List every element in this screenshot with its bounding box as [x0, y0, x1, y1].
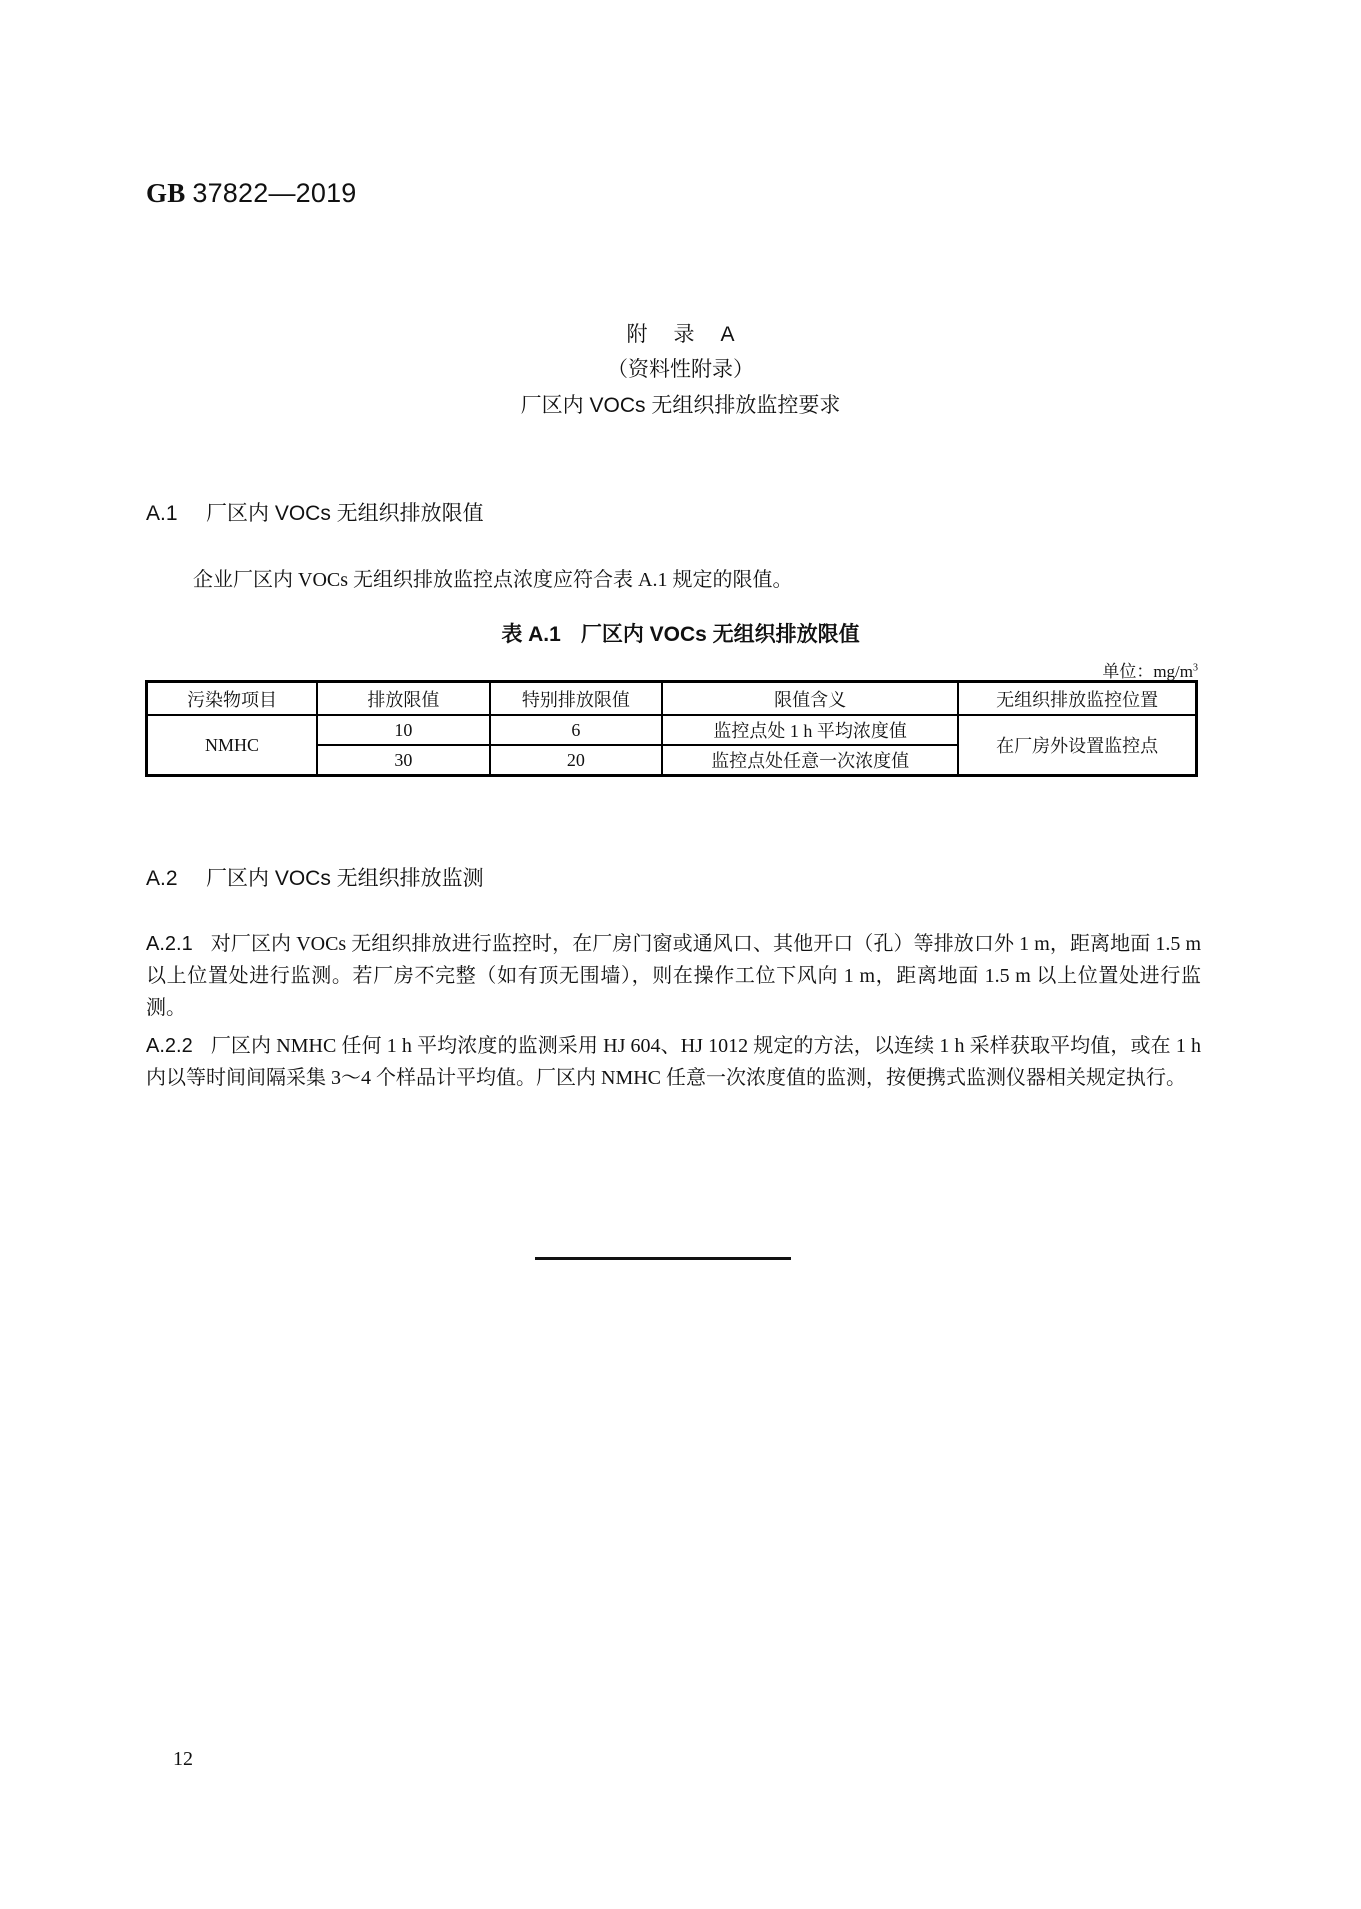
limits-table: 污染物项目 排放限值 特别排放限值 限值含义 无组织排放监控位置 NMHC 10…: [145, 680, 1198, 777]
clause-text: 厂区内 NMHC 任何 1 h 平均浓度的监测采用 HJ 604、HJ 1012…: [146, 1035, 1201, 1089]
clause-text: 对厂区内 VOCs 无组织排放进行监控时，在厂房门窗或通风口、其他开口（孔）等排…: [146, 933, 1201, 1019]
standard-code: 37822—2019: [192, 178, 356, 208]
section-title: 厂区内 VOCs 无组织排放监测: [206, 867, 484, 890]
header-pollutant: 污染物项目: [147, 682, 318, 716]
cell-meaning: 监控点处任意一次浓度值: [662, 745, 958, 776]
clause-a21: A.2.1对厂区内 VOCs 无组织排放进行监控时，在厂房门窗或通风口、其他开口…: [146, 928, 1201, 1024]
clause-a22: A.2.2厂区内 NMHC 任何 1 h 平均浓度的监测采用 HJ 604、HJ…: [146, 1030, 1201, 1094]
cell-meaning: 监控点处 1 h 平均浓度值: [662, 715, 958, 745]
annex-heading: 附录A: [0, 318, 1361, 348]
standard-number: GB 37822—2019: [146, 178, 357, 209]
annex-label-2: 录: [673, 323, 694, 346]
table-header-row: 污染物项目 排放限值 特别排放限值 限值含义 无组织排放监控位置: [147, 682, 1197, 716]
section-number: A.1: [146, 502, 206, 526]
annex-type: （资料性附录）: [0, 353, 1361, 383]
annex-label-1: 附: [626, 323, 647, 346]
section-title: 厂区内 VOCs 无组织排放限值: [206, 502, 484, 525]
header-limit: 排放限值: [317, 682, 489, 716]
header-meaning: 限值含义: [662, 682, 958, 716]
header-special-limit: 特别排放限值: [490, 682, 662, 716]
table-row: NMHC 10 6 监控点处 1 h 平均浓度值 在厂房外设置监控点: [147, 715, 1197, 745]
cell-location: 在厂房外设置监控点: [958, 715, 1196, 776]
table-caption-number: 表 A.1: [501, 623, 561, 646]
section-heading-a2: A.2厂区内 VOCs 无组织排放监测: [146, 862, 484, 892]
standard-prefix: GB: [146, 178, 185, 208]
section-number: A.2: [146, 867, 206, 891]
unit-superscript: 3: [1193, 662, 1198, 673]
page-number: 12: [173, 1748, 193, 1771]
cell-limit: 10: [317, 715, 489, 745]
clause-number: A.2.2: [146, 1035, 193, 1057]
header-location: 无组织排放监控位置: [958, 682, 1196, 716]
section-heading-a1: A.1厂区内 VOCs 无组织排放限值: [146, 497, 484, 527]
table-unit: 单位：mg/m3: [1070, 657, 1198, 682]
cell-limit: 30: [317, 745, 489, 776]
clause-number: A.2.1: [146, 933, 193, 955]
unit-text: 单位：mg/m: [1102, 662, 1193, 681]
end-divider: [535, 1257, 791, 1260]
cell-special-limit: 6: [490, 715, 662, 745]
table-caption: 表 A.1厂区内 VOCs 无组织排放限值: [0, 618, 1361, 648]
cell-special-limit: 20: [490, 745, 662, 776]
annex-letter: A: [720, 323, 734, 346]
cell-pollutant: NMHC: [147, 715, 318, 776]
section-a1-paragraph: 企业厂区内 VOCs 无组织排放监控点浓度应符合表 A.1 规定的限值。: [193, 564, 1203, 596]
table-caption-title: 厂区内 VOCs 无组织排放限值: [581, 623, 860, 646]
annex-title: 厂区内 VOCs 无组织排放监控要求: [0, 389, 1361, 419]
